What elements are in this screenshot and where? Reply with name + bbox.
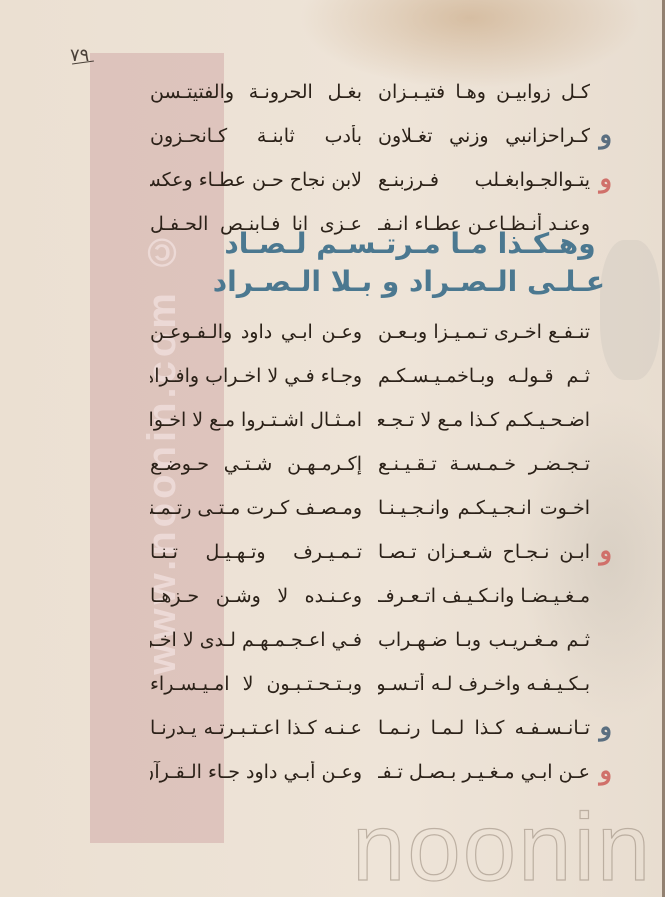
verse-line: اضـحـيـكـم كـذا مـع لا تـجـعـل امـثـال ا…	[150, 398, 590, 442]
hemistich-right: ثـم مـغـريـب وبـا ضـهـراب	[378, 629, 590, 651]
initial-waw-red: و	[599, 756, 612, 786]
verses-top: كـل زوابيـن وهـا فتيـبـزان بغـل الحرونـة…	[150, 70, 590, 246]
initial-waw-red: و	[599, 536, 612, 566]
hemistich-right: تنـفـع اخـرى تـمـيـزا وبـعـن	[378, 321, 590, 343]
verse-line: تـجـضـر خـمـسـة تـقـيـنـع إكـرمـهـن شـتـ…	[150, 442, 590, 486]
verse-line: ثـم قـولـه وبـاخمـيـسـكـم وجـاء فـي لا ا…	[150, 354, 590, 398]
verse-line: مـغـيـضـا وانـكـيـف اتـعـرفـا وعـنـده لا…	[150, 574, 590, 618]
verse-line: كـل زوابيـن وهـا فتيـبـزان بغـل الحرونـة…	[150, 70, 590, 114]
initial-waw-red: و	[599, 164, 612, 194]
hemistich-right: تـانـسـفـه كـذا لـمـا رنـمـا	[378, 717, 590, 739]
verses-bottom: تنـفـع اخـرى تـمـيـزا وبـعـن وعـن ابـي د…	[150, 310, 590, 794]
hemistich-left: إكـرمـهـن شـتـي حـوضـع	[150, 453, 362, 475]
hemistich-left: وبـتـحـتـبـون لا امـيـسـراء	[150, 673, 362, 695]
heading-line-2: عـلـى الـصـراد و بـلا الـصـراد	[215, 263, 605, 301]
hemistich-left: وجـاء فـي لا اخـراب وافـراهـم	[150, 365, 362, 387]
verse-line: و تـانـسـفـه كـذا لـمـا رنـمـا عـنـه كـذ…	[150, 706, 590, 750]
hemistich-right: مـغـيـضـا وانـكـيـف اتـعـرفـا	[378, 585, 590, 607]
hemistich-right: كـل زوابيـن وهـا فتيـبـزان	[378, 81, 590, 103]
hemistich-right: ثـم قـولـه وبـاخمـيـسـكـم	[378, 365, 590, 387]
hemistich-left: عـنـه كـذا اعـتـبـرتـه يـدرنـا	[150, 717, 362, 739]
verse-line: اخـوت انـجـيـكـم وانـجـيـنـا ومـصـف كـرت…	[150, 486, 590, 530]
hemistich-left: وعـنـده لا وشـن حـزهـا	[150, 585, 362, 607]
hemistich-left: وعـن ابـي داود والـفـوعـن	[150, 321, 362, 343]
verse-line: و عـن ابـي مـغـيـر بـصـل تـفـعـل وعـن أب…	[150, 750, 590, 794]
watermark-bottom: noonin	[352, 800, 665, 896]
verse-line: و ابـن نـجـاح شـعـزان تـصـا تـمـيـرف وتـ…	[150, 530, 590, 574]
hemistich-left: امـثـال اشـتـروا مـع لا اخـوال	[150, 409, 362, 431]
hemistich-left: تـمـيـرف وتـهـيـل تـنـا	[150, 541, 362, 563]
hemistich-right: اخـوت انـجـيـكـم وانـجـيـنـا	[378, 497, 590, 519]
hemistich-left: بأدب ثابنـة كـانحـزون	[150, 125, 362, 147]
manuscript-page: www.noonin.com © ٧٩ كـل زوابيـن وهـا فتي…	[0, 0, 665, 897]
hemistich-right: كـراحزانبي وزني تغـلاون	[378, 125, 590, 147]
hemistich-right: تـجـضـر خـمـسـة تـقـيـنـع	[378, 453, 590, 475]
hemistich-right: بـكـيـفـه واخـرف لـه أتـسـوا	[378, 673, 590, 695]
hemistich-left: ومـصـف كـرت مـتـى رتـمـنـا	[150, 497, 362, 519]
hemistich-right: ابـن نـجـاح شـعـزان تـصـا	[378, 541, 590, 563]
heading-line-1: وهـكـذا مـا مـرتـسـم لـصـاد	[215, 225, 605, 263]
hemistich-right: يتـوالجـوابغـلب فـرزبنـع	[378, 169, 590, 191]
verse-line: ثـم مـغـريـب وبـا ضـهـراب فـي اعـجـمـهـم…	[150, 618, 590, 662]
paper-stain	[600, 240, 660, 380]
folio-number: ٧٩	[70, 45, 89, 66]
hemistich-right: اضـحـيـكـم كـذا مـع لا تـجـعـل	[378, 409, 590, 431]
verse-line: بـكـيـفـه واخـرف لـه أتـسـوا وبـتـحـتـبـ…	[150, 662, 590, 706]
verse-line: تنـفـع اخـرى تـمـيـزا وبـعـن وعـن ابـي د…	[150, 310, 590, 354]
hemistich-left: فـي اعـجـمـهـم لـدى لا اخـراب	[150, 629, 362, 651]
hemistich-right: عـن ابـي مـغـيـر بـصـل تـفـعـل	[378, 761, 590, 783]
verse-line: و يتـوالجـوابغـلب فـرزبنـع لابن نجاح حـن…	[150, 158, 590, 202]
verse-line: و كـراحزانبي وزني تغـلاون بأدب ثابنـة كـ…	[150, 114, 590, 158]
initial-waw-blue: و	[599, 120, 612, 150]
hemistich-left: لابن نجاح حـن عطـاء وعكسـع	[150, 169, 362, 191]
section-heading: وهـكـذا مـا مـرتـسـم لـصـاد عـلـى الـصـر…	[215, 225, 605, 301]
hemistich-left: وعـن أبـي داود جـاء الـقـرآن	[150, 761, 362, 783]
initial-waw-blue: و	[599, 712, 612, 742]
hemistich-left: بغـل الحرونـة والفتيتـسن	[150, 81, 362, 103]
